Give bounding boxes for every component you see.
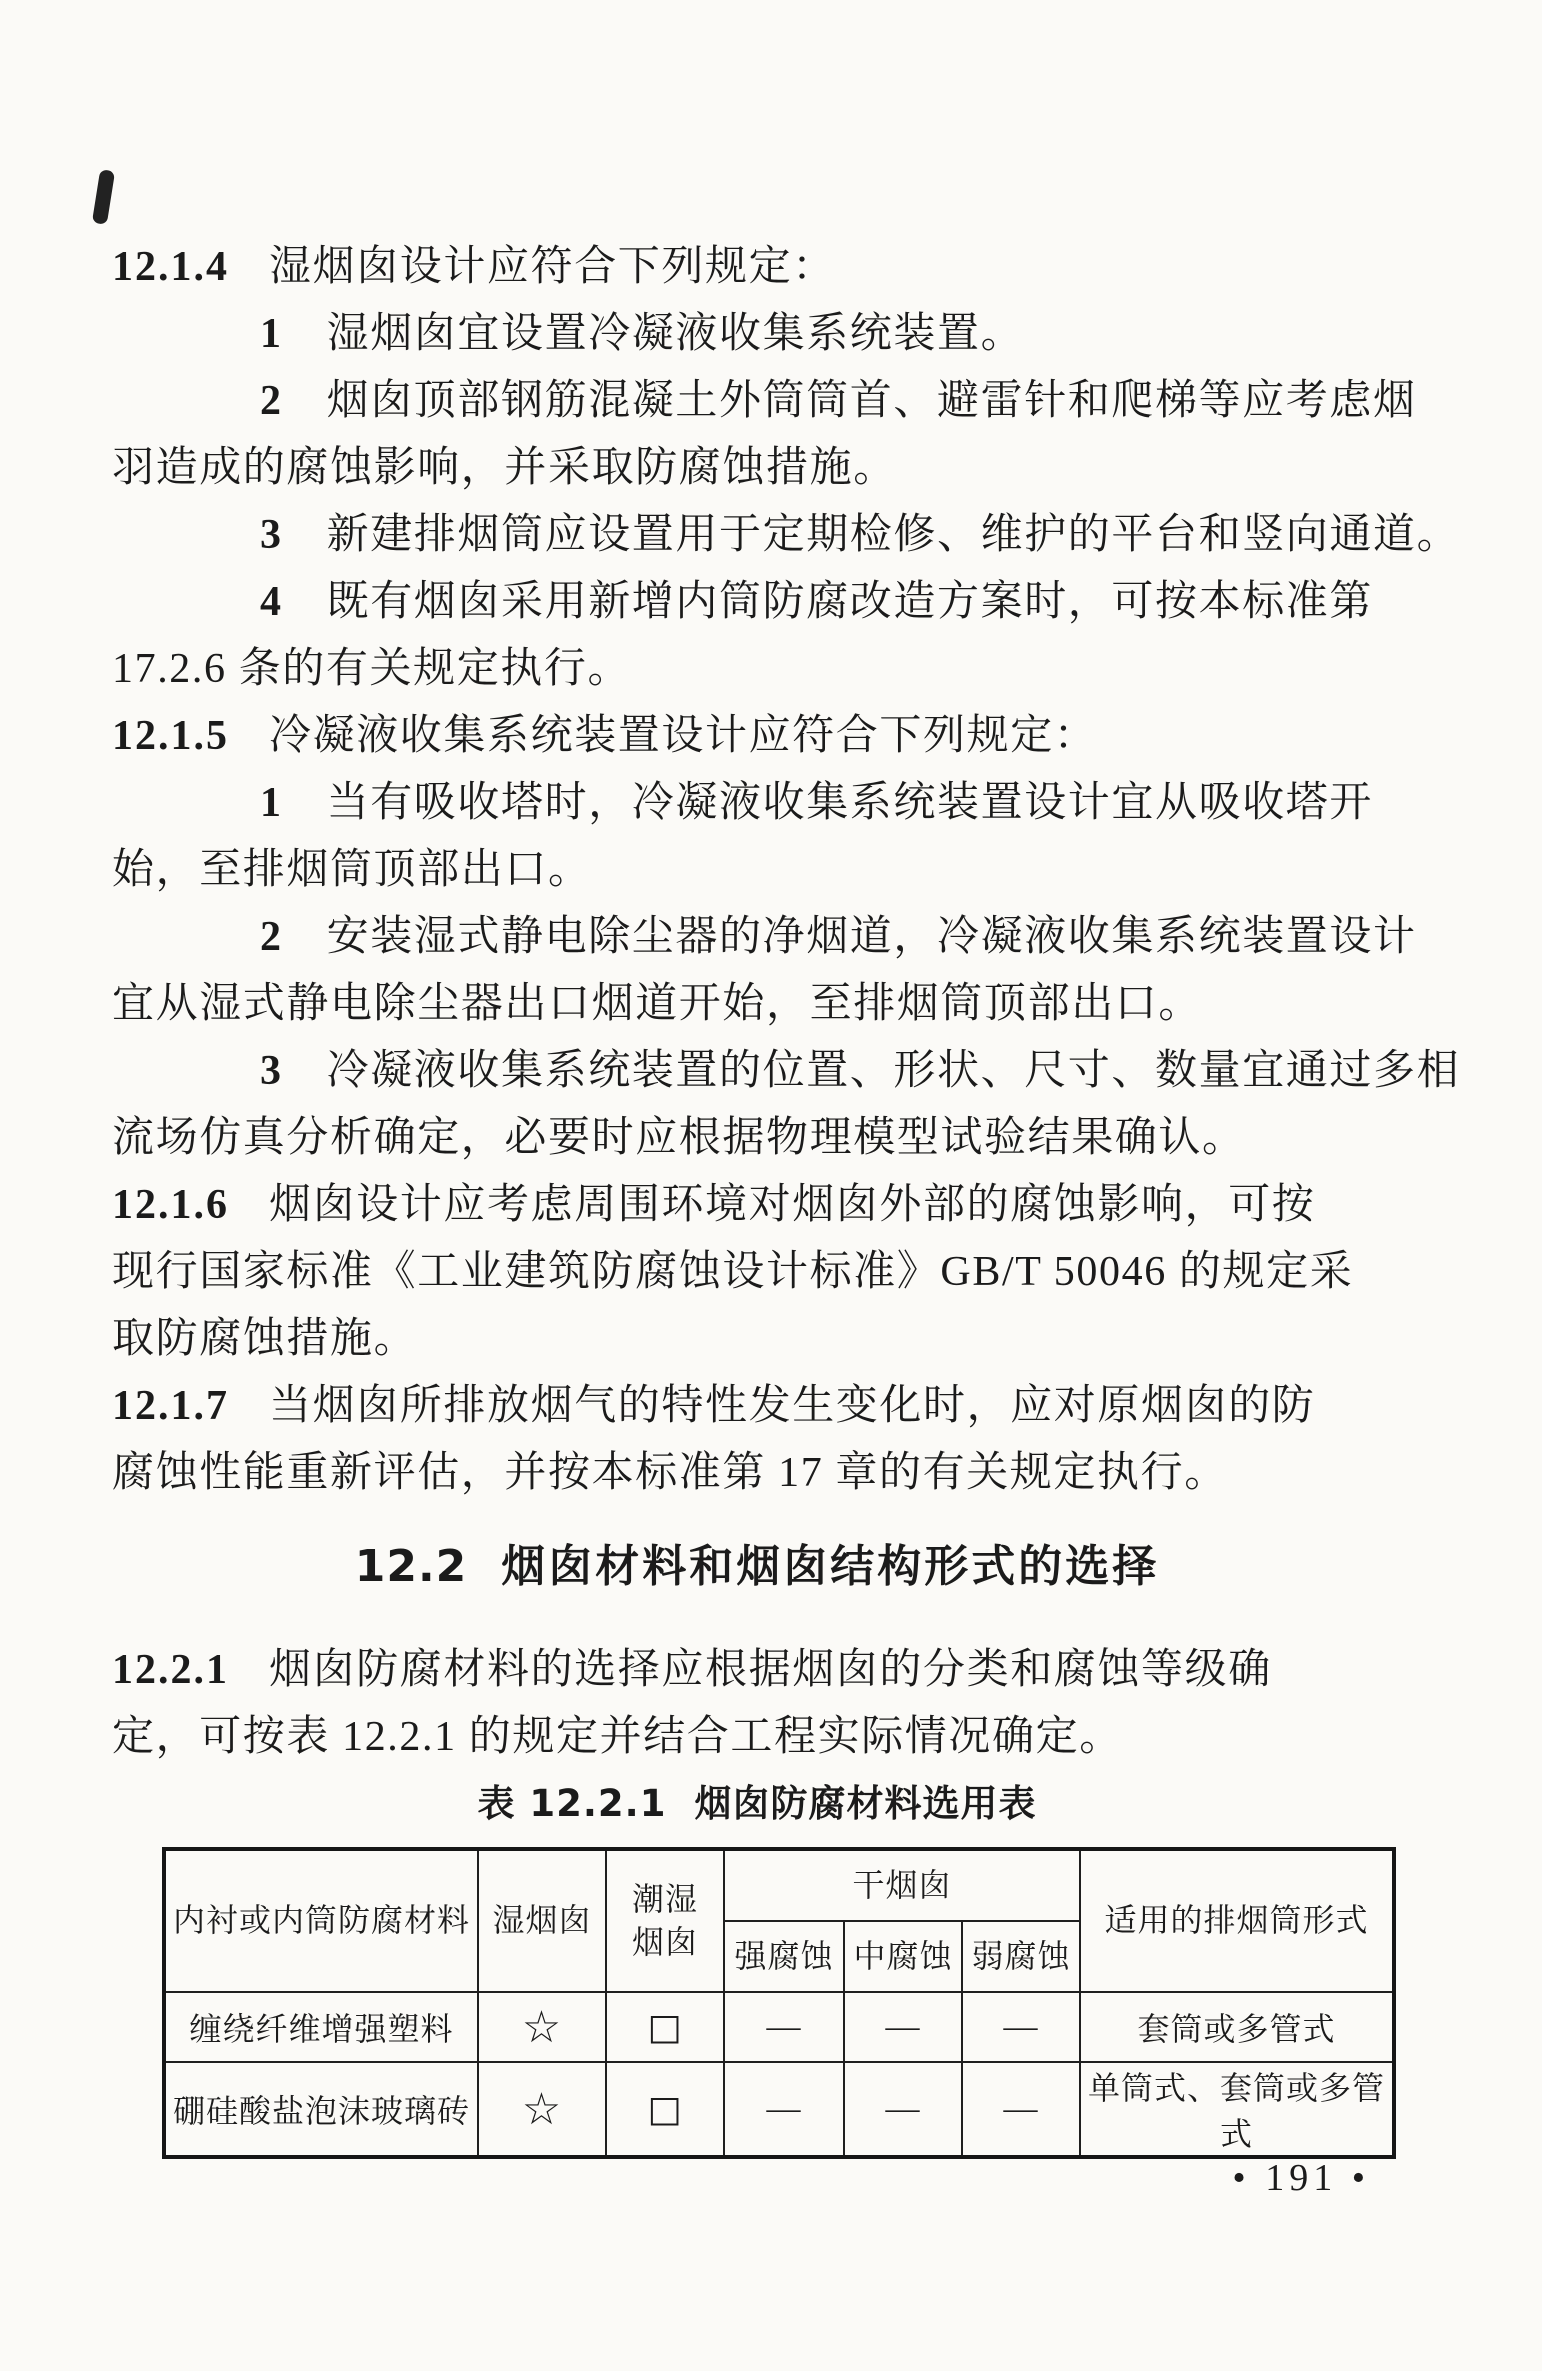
header-humid-chimney: 潮湿 烟囱 bbox=[606, 1849, 724, 1992]
table-row: 缠绕纤维增强塑料 ☆ □ — — — 套筒或多管式 bbox=[164, 1992, 1394, 2062]
line-text: 始，至排烟筒顶部出口。 bbox=[112, 847, 592, 893]
header-weak-corrosion: 弱腐蚀 bbox=[962, 1921, 1080, 1992]
clause-number: 12.2.1 bbox=[112, 1647, 229, 1693]
square-symbol: □ bbox=[606, 2062, 724, 2157]
dash-symbol: — bbox=[962, 2062, 1080, 2157]
line-text: 安装湿式静电除尘器的净烟道，冷凝液收集系统装置设计 bbox=[327, 914, 1417, 960]
clause-number: 12.1.6 bbox=[112, 1182, 229, 1228]
item-line: 2安装湿式静电除尘器的净烟道，冷凝液收集系统装置设计 bbox=[112, 904, 1402, 971]
line-text: 流场仿真分析确定，必要时应根据物理模型试验结果确认。 bbox=[112, 1115, 1246, 1161]
cell-form: 套筒或多管式 bbox=[1080, 1992, 1394, 2062]
scan-artifact-mark bbox=[92, 169, 115, 225]
page-content: 12.1.4湿烟囱设计应符合下列规定： 1湿烟囱宜设置冷凝液收集系统装置。 2烟… bbox=[112, 234, 1402, 2159]
line-text: 既有烟囱采用新增内筒防腐改造方案时，可按本标准第 bbox=[327, 579, 1373, 625]
item-line: 3冷凝液收集系统装置的位置、形状、尺寸、数量宜通过多相 bbox=[112, 1038, 1402, 1105]
dash-symbol: — bbox=[724, 2062, 844, 2157]
cell-form: 单筒式、套筒或多管式 bbox=[1080, 2062, 1394, 2157]
header-strong-corrosion: 强腐蚀 bbox=[724, 1921, 844, 1992]
text-line: 17.2.6 条的有关规定执行。 bbox=[112, 636, 1402, 703]
cell-material: 缠绕纤维增强塑料 bbox=[164, 1992, 478, 2062]
text-line: 宜从湿式静电除尘器出口烟道开始，至排烟筒顶部出口。 bbox=[112, 971, 1402, 1038]
item-line: 4既有烟囱采用新增内筒防腐改造方案时，可按本标准第 bbox=[112, 569, 1402, 636]
item-number: 4 bbox=[260, 579, 283, 625]
clause-number: 12.1.7 bbox=[112, 1383, 229, 1429]
item-number: 3 bbox=[260, 512, 283, 558]
table-caption-title: 烟囱防腐材料选用表 bbox=[694, 1782, 1036, 1825]
document-page: 12.1.4湿烟囱设计应符合下列规定： 1湿烟囱宜设置冷凝液收集系统装置。 2烟… bbox=[0, 0, 1542, 2371]
header-material: 内衬或内筒防腐材料 bbox=[164, 1849, 478, 1992]
table-caption-number: 表 12.2.1 bbox=[478, 1782, 667, 1825]
text-line: 定，可按表 12.2.1 的规定并结合工程实际情况确定。 bbox=[112, 1704, 1402, 1771]
table-caption: 表 12.2.1烟囱防腐材料选用表 bbox=[112, 1771, 1402, 1837]
clause-line: 12.2.1烟囱防腐材料的选择应根据烟囱的分类和腐蚀等级确 bbox=[112, 1637, 1402, 1704]
cell-material: 硼硅酸盐泡沫玻璃砖 bbox=[164, 2062, 478, 2157]
line-text: 当烟囱所排放烟气的特性发生变化时，应对原烟囱的防 bbox=[269, 1383, 1315, 1429]
line-text: 冷凝液收集系统装置设计应符合下列规定： bbox=[269, 713, 1097, 759]
material-selection-table: 内衬或内筒防腐材料 湿烟囱 潮湿 烟囱 干烟囱 适用的排烟筒形式 强腐蚀 中腐蚀… bbox=[162, 1847, 1396, 2159]
dash-symbol: — bbox=[962, 1992, 1080, 2062]
line-text: 新建排烟筒应设置用于定期检修、维护的平台和竖向通道。 bbox=[327, 512, 1461, 558]
line-text: 羽造成的腐蚀影响，并采取防腐蚀措施。 bbox=[112, 445, 897, 491]
clause-number: 12.1.4 bbox=[112, 244, 229, 290]
text-line: 流场仿真分析确定，必要时应根据物理模型试验结果确认。 bbox=[112, 1105, 1402, 1172]
dash-symbol: — bbox=[844, 2062, 962, 2157]
header-applicable-form: 适用的排烟筒形式 bbox=[1080, 1849, 1394, 1992]
item-number: 2 bbox=[260, 378, 283, 424]
page-number: • 191 • bbox=[1232, 2156, 1370, 2200]
line-text: 烟囱设计应考虑周围环境对烟囱外部的腐蚀影响，可按 bbox=[269, 1182, 1315, 1228]
text-line: 取防腐蚀措施。 bbox=[112, 1306, 1402, 1373]
table-row: 硼硅酸盐泡沫玻璃砖 ☆ □ — — — 单筒式、套筒或多管式 bbox=[164, 2062, 1394, 2157]
header-medium-corrosion: 中腐蚀 bbox=[844, 1921, 962, 1992]
section-number: 12.2 bbox=[355, 1541, 468, 1592]
section-title: 烟囱材料和烟囱结构形式的选择 bbox=[501, 1541, 1159, 1592]
item-number: 2 bbox=[260, 914, 283, 960]
clause-line: 12.1.7当烟囱所排放烟气的特性发生变化时，应对原烟囱的防 bbox=[112, 1373, 1402, 1440]
line-text: 宜从湿式静电除尘器出口烟道开始，至排烟筒顶部出口。 bbox=[112, 981, 1202, 1027]
line-text: 烟囱顶部钢筋混凝土外筒筒首、避雷针和爬梯等应考虑烟 bbox=[327, 378, 1417, 424]
item-line: 1湿烟囱宜设置冷凝液收集系统装置。 bbox=[112, 301, 1402, 368]
star-symbol: ☆ bbox=[478, 1992, 606, 2062]
item-line: 2烟囱顶部钢筋混凝土外筒筒首、避雷针和爬梯等应考虑烟 bbox=[112, 368, 1402, 435]
clause-line: 12.1.5冷凝液收集系统装置设计应符合下列规定： bbox=[112, 703, 1402, 770]
line-text: 当有吸收塔时，冷凝液收集系统装置设计宜从吸收塔开 bbox=[327, 780, 1373, 826]
dash-symbol: — bbox=[724, 1992, 844, 2062]
item-number: 1 bbox=[260, 311, 283, 357]
item-number: 3 bbox=[260, 1048, 283, 1094]
line-text: 湿烟囱设计应符合下列规定： bbox=[269, 244, 836, 290]
clause-line: 12.1.6烟囱设计应考虑周围环境对烟囱外部的腐蚀影响，可按 bbox=[112, 1172, 1402, 1239]
line-text: 定，可按表 12.2.1 的规定并结合工程实际情况确定。 bbox=[112, 1714, 1123, 1760]
line-text: 取防腐蚀措施。 bbox=[112, 1316, 417, 1362]
line-text: 现行国家标准《工业建筑防腐蚀设计标准》GB/T 50046 的规定采 bbox=[112, 1249, 1353, 1295]
item-line: 1当有吸收塔时，冷凝液收集系统装置设计宜从吸收塔开 bbox=[112, 770, 1402, 837]
text-line: 现行国家标准《工业建筑防腐蚀设计标准》GB/T 50046 的规定采 bbox=[112, 1239, 1402, 1306]
star-symbol: ☆ bbox=[478, 2062, 606, 2157]
text-line: 始，至排烟筒顶部出口。 bbox=[112, 837, 1402, 904]
line-text: 腐蚀性能重新评估，并按本标准第 17 章的有关规定执行。 bbox=[112, 1450, 1228, 1496]
line-text: 烟囱防腐材料的选择应根据烟囱的分类和腐蚀等级确 bbox=[269, 1647, 1272, 1693]
clause-line: 12.1.4湿烟囱设计应符合下列规定： bbox=[112, 234, 1402, 301]
line-text: 湿烟囱宜设置冷凝液收集系统装置。 bbox=[327, 311, 1025, 357]
square-symbol: □ bbox=[606, 1992, 724, 2062]
line-text: 17.2.6 条的有关规定执行。 bbox=[112, 646, 631, 692]
text-line: 腐蚀性能重新评估，并按本标准第 17 章的有关规定执行。 bbox=[112, 1440, 1402, 1507]
line-text: 冷凝液收集系统装置的位置、形状、尺寸、数量宜通过多相 bbox=[327, 1048, 1461, 1094]
item-line: 3新建排烟筒应设置用于定期检修、维护的平台和竖向通道。 bbox=[112, 502, 1402, 569]
section-heading: 12.2烟囱材料和烟囱结构形式的选择 bbox=[112, 1533, 1402, 1601]
text-line: 羽造成的腐蚀影响，并采取防腐蚀措施。 bbox=[112, 435, 1402, 502]
header-dry-chimney-group: 干烟囱 bbox=[724, 1849, 1080, 1921]
clause-number: 12.1.5 bbox=[112, 713, 229, 759]
header-wet-chimney: 湿烟囱 bbox=[478, 1849, 606, 1992]
item-number: 1 bbox=[260, 780, 283, 826]
dash-symbol: — bbox=[844, 1992, 962, 2062]
